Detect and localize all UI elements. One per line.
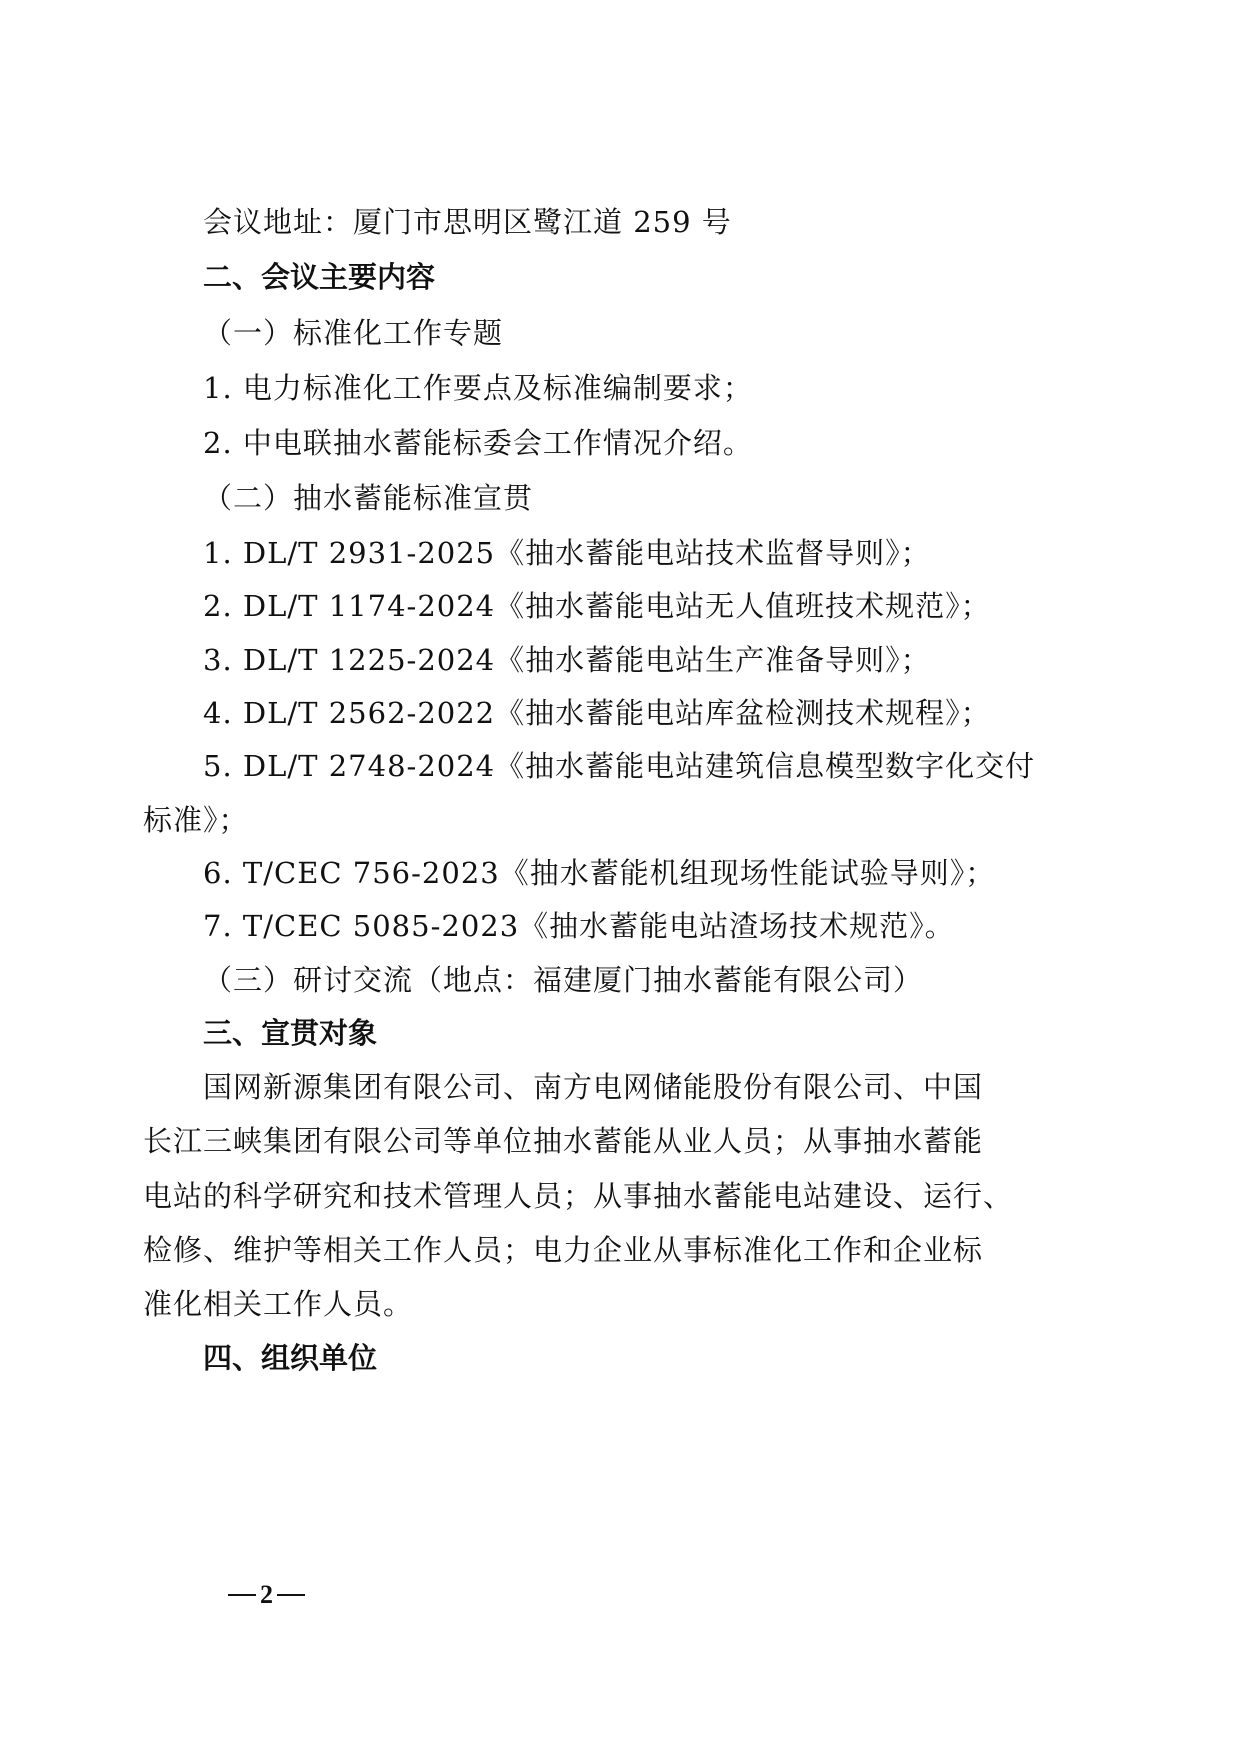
standard-item-5-continued: 标准》； xyxy=(143,800,249,840)
dash-left xyxy=(228,1594,256,1596)
audience-paragraph-line-3: 电站的科学研究和技术管理人员；从事抽水蓄能电站建设、运行、 xyxy=(143,1176,963,1216)
standard-item-2: 2. DL/T 1174-2024《抽水蓄能电站无人值班技术规范》； xyxy=(203,586,991,626)
standard-item-4: 4. DL/T 2562-2022《抽水蓄能电站库盆检测技术规程》； xyxy=(203,693,991,733)
standard-item-5: 5. DL/T 2748-2024《抽水蓄能电站建筑信息模型数字化交付 xyxy=(203,746,1035,786)
section-4-heading: 四、组织单位 xyxy=(203,1338,377,1378)
section-3-heading: 三、宣贯对象 xyxy=(203,1013,377,1053)
standard-item-1: 1. DL/T 2931-2025《抽水蓄能电站技术监督导则》； xyxy=(203,533,931,573)
standard-item-3: 3. DL/T 1225-2024《抽水蓄能电站生产准备导则》； xyxy=(203,640,931,680)
subsection-1-item-1: 1. 电力标准化工作要点及标准编制要求； xyxy=(203,368,753,408)
page-number: 2 xyxy=(260,1580,273,1610)
section-2-heading: 二、会议主要内容 xyxy=(203,257,435,297)
subsection-3-title: （三）研讨交流（地点：福建厦门抽水蓄能有限公司） xyxy=(203,960,923,1000)
page-number-footer: 2 xyxy=(228,1580,305,1610)
subsection-2-title: （二）抽水蓄能标准宣贯 xyxy=(203,478,533,518)
document-page: 会议地址：厦门市思明区鹭江道 259 号 二、会议主要内容 （一）标准化工作专题… xyxy=(0,0,1241,1754)
audience-paragraph-line-4: 检修、维护等相关工作人员；电力企业从事标准化工作和企业标 xyxy=(143,1230,963,1270)
standard-item-7: 7. T/CEC 5085-2023《抽水蓄能电站渣场技术规范》。 xyxy=(203,906,955,946)
audience-paragraph-line-1: 国网新源集团有限公司、南方电网储能股份有限公司、中国 xyxy=(203,1067,963,1107)
standard-item-6: 6. T/CEC 756-2023《抽水蓄能机组现场性能试验导则》； xyxy=(203,853,995,893)
dash-right xyxy=(277,1594,305,1596)
audience-paragraph-line-5: 准化相关工作人员。 xyxy=(143,1284,413,1324)
subsection-1-item-2: 2. 中电联抽水蓄能标委会工作情况介绍。 xyxy=(203,423,753,463)
subsection-1-title: （一）标准化工作专题 xyxy=(203,313,503,353)
meeting-address: 会议地址：厦门市思明区鹭江道 259 号 xyxy=(203,202,732,242)
audience-paragraph-line-2: 长江三峡集团有限公司等单位抽水蓄能从业人员；从事抽水蓄能 xyxy=(143,1121,963,1161)
